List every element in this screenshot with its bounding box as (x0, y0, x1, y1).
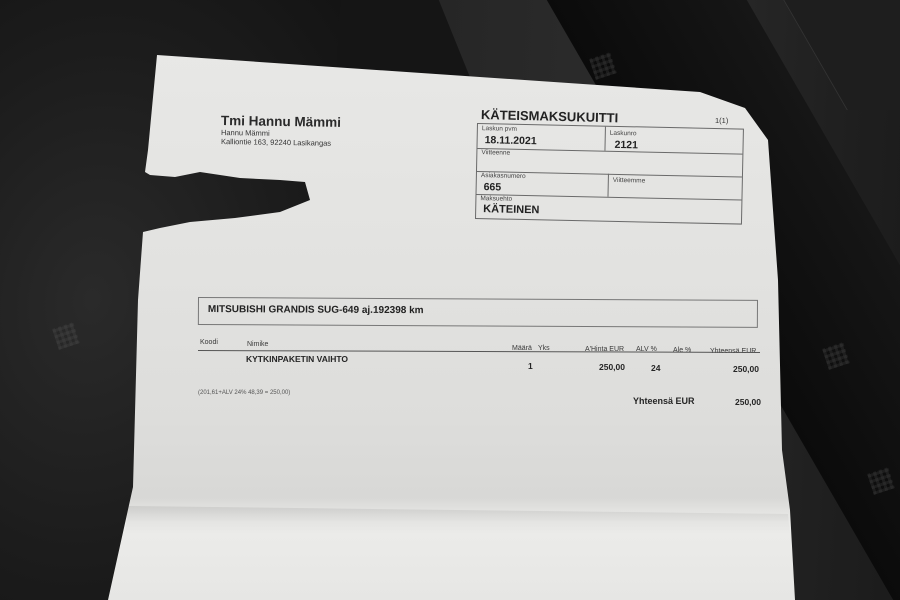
vat-breakdown-note: (201,61+ALV 24% 48,39 = 250,00) (198, 390, 290, 396)
vehicle-info: MITSUBISHI GRANDIS SUG-649 aj.192398 km (208, 304, 424, 316)
item-quantity: 1 (528, 361, 533, 371)
vehicle-info-box: MITSUBISHI GRANDIS SUG-649 aj.192398 km (198, 297, 758, 328)
item-unit-price: 250,00 (599, 362, 625, 372)
header-info-box: Laskun pvm 18.11.2021 Laskunro 2121 Viit… (475, 123, 744, 225)
page-indicator: 1(1) (715, 116, 728, 125)
column-header-code: Koodi (200, 339, 218, 346)
column-header-discount: Ale % (673, 347, 691, 354)
invoice-date-value: 18.11.2021 (485, 134, 537, 147)
customer-number-value: 665 (484, 181, 502, 193)
payment-terms-value: KÄTEINEN (483, 203, 539, 216)
our-reference-label: Viitteemme (613, 177, 646, 185)
grand-total-value: 250,00 (735, 397, 761, 407)
divider (607, 174, 608, 197)
divider (476, 194, 741, 201)
invoice-number-label: Laskunro (610, 130, 637, 138)
grand-total-label: Yhteensä EUR (633, 396, 695, 406)
divider (604, 127, 606, 151)
item-vat-percent: 24 (651, 363, 660, 373)
invoice-date-label: Laskun pvm (482, 125, 517, 133)
item-name: KYTKINPAKETIN VAIHTO (246, 354, 348, 364)
payment-terms-label: Maksuehto (480, 195, 512, 203)
customer-number-label: Asiakasnumero (481, 172, 526, 180)
divider (477, 148, 742, 155)
column-header-name: Nimike (247, 341, 268, 348)
seller-address: Kalliontie 163, 92240 Lasikangas (221, 137, 331, 148)
invoice-number-value: 2121 (614, 139, 638, 151)
item-total: 250,00 (733, 364, 759, 374)
your-reference-label: Viitteenne (481, 149, 510, 157)
